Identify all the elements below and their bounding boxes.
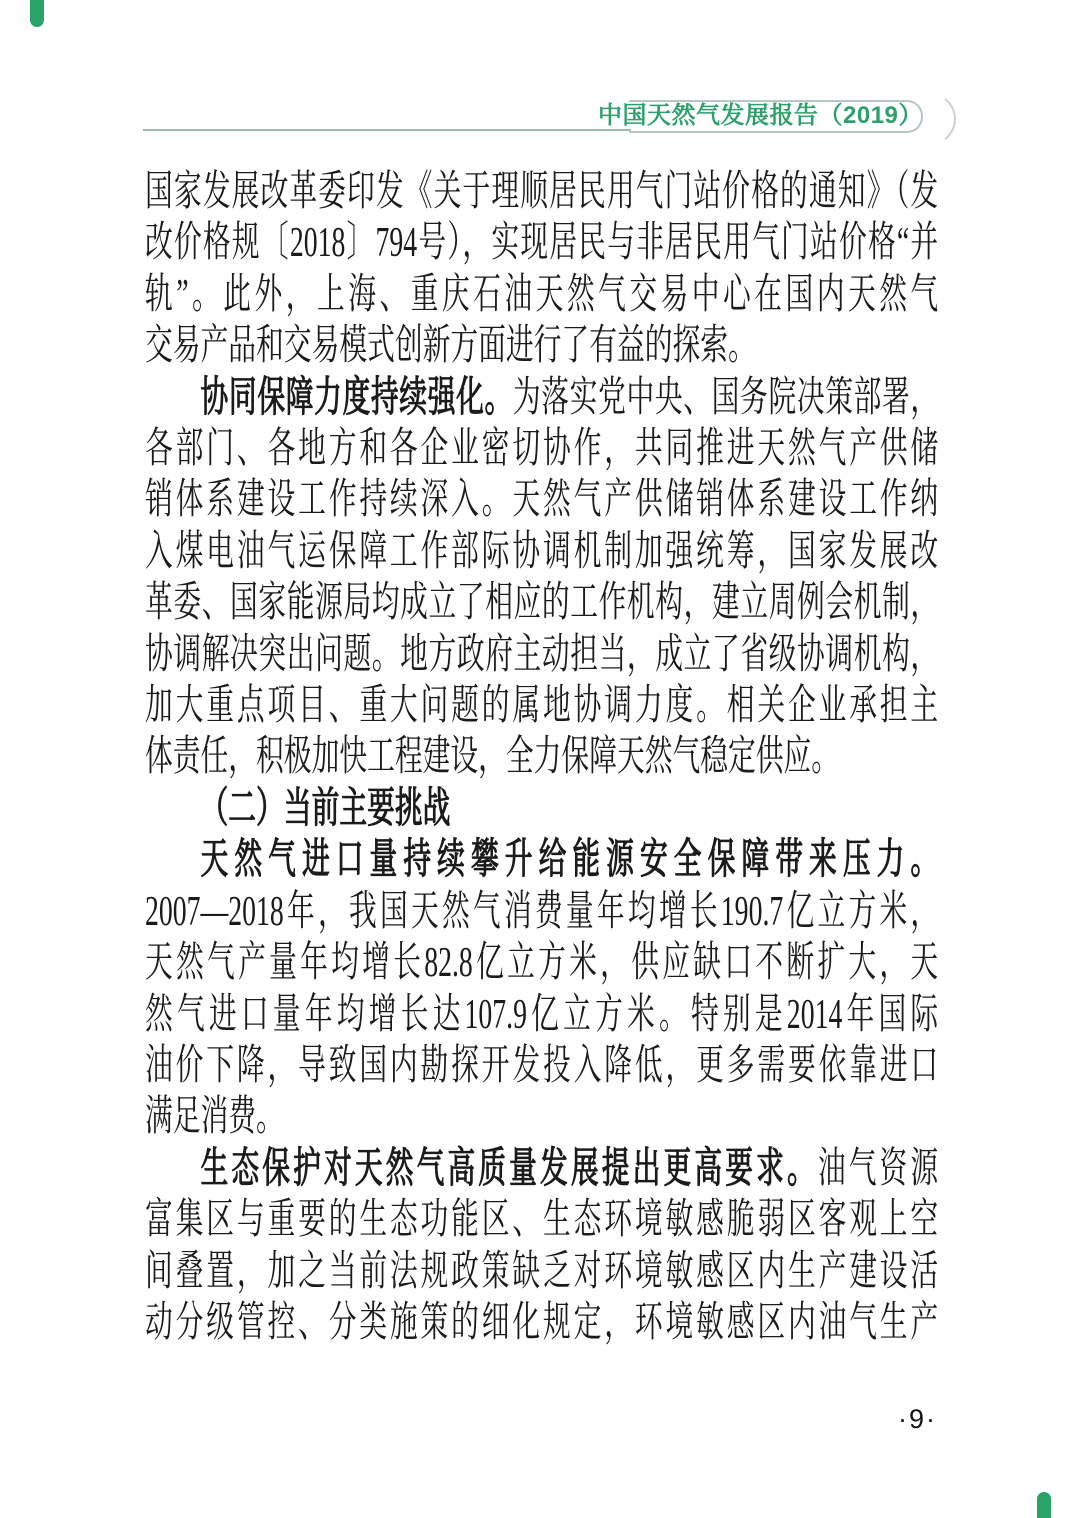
header-rule: [143, 129, 631, 131]
text-line: 动分级管控、分类施策的细化规定，环境敏感区内油气生产: [145, 1298, 938, 1349]
text-line: 加大重点项目、重大问题的属地协调力度。相关企业承担主: [145, 681, 938, 732]
text-line: 各部门、各地方和各企业密切协作，共同推进天然气产供储: [145, 424, 938, 475]
text-run: 富集区与重要的生态功能区、生态环境敏感脆弱区客观上空: [145, 1197, 938, 1243]
text-run: 动分级管控、分类施策的细化规定，环境敏感区内油气生产: [145, 1300, 938, 1346]
text-line: 轨”。此外，上海、重庆石油天然气交易中心在国内天然气: [145, 270, 938, 321]
text-line: 富集区与重要的生态功能区、生态环境敏感脆弱区客观上空: [145, 1195, 938, 1246]
text-run: 体责任，积极加快工程建设，全力保障天然气稳定供应。: [145, 734, 839, 780]
report-title: 中国天然气发展报告（2019）: [598, 103, 908, 129]
text-run: 油气资源: [818, 1146, 938, 1192]
text-run: 改价格规〔2018〕794号），实现居民与非居民用气门站价格“并: [145, 220, 938, 266]
text-run: 轨”。此外，上海、重庆石油天然气交易中心在国内天然气: [145, 272, 938, 318]
bold-run: 天然气进口量持续攀升给能源安全保障带来压力。: [201, 837, 939, 883]
text-run: 各部门、各地方和各企业密切协作，共同推进天然气产供储: [145, 426, 938, 472]
text-line: 生态保护对天然气高质量发展提出更高要求。油气资源: [145, 1144, 938, 1195]
text-run: 间叠置，加之当前法规政策缺乏对环境敏感区内生产建设活: [145, 1249, 938, 1295]
text-run: 满足消费。: [145, 1094, 284, 1140]
text-run: 入煤电油气运保障工作部际协调机制加强统筹，国家发展改: [145, 529, 938, 575]
text-run: 国家发展改革委印发《关于理顺居民用气门站价格的通知》（发: [145, 169, 938, 215]
text-line: 革委、国家能源局均成立了相应的工作机构，建立周例会机制，: [145, 578, 938, 629]
text-line: 天然气进口量持续攀升给能源安全保障带来压力。: [145, 835, 938, 886]
text-line: 改价格规〔2018〕794号），实现居民与非居民用气门站价格“并: [145, 218, 938, 269]
text-line: 然气进口量年均增长达107.9亿立方米。特别是2014年国际: [145, 990, 938, 1041]
text-run: 为落实党中央、国务院决策部署，: [513, 375, 938, 421]
text-run: 革委、国家能源局均成立了相应的工作机构，建立周例会机制，: [145, 580, 938, 626]
text-run: 销体系建设工作持续深入。天然气产供储销体系建设工作纳: [145, 477, 938, 523]
text-line: 天然气产量年均增长82.8亿立方米，供应缺口不断扩大，天: [145, 938, 938, 989]
text-line: 2007—2018年，我国天然气消费量年均增长190.7亿立方米，: [145, 887, 938, 938]
text-line: 协调解决突出问题。地方政府主动担当，成立了省级协调机构，: [145, 630, 938, 681]
text-run: 2007—2018年，我国天然气消费量年均增长190.7亿立方米，: [145, 889, 938, 935]
page-number: ·9·: [898, 1404, 937, 1435]
text-line: 满足消费。: [145, 1092, 938, 1143]
bold-run: 生态保护对天然气高质量发展提出更高要求。: [201, 1146, 818, 1192]
text-line: 协同保障力度持续强化。为落实党中央、国务院决策部署，: [145, 373, 938, 424]
bold-run: （二）当前主要挑战: [201, 786, 451, 832]
text-line: 入煤电油气运保障工作部际协调机制加强统筹，国家发展改: [145, 527, 938, 578]
corner-accent-top: [30, 0, 44, 27]
text-line: 交易产品和交易模式创新方面进行了有益的探索。: [145, 321, 938, 372]
bold-run: 协同保障力度持续强化。: [201, 375, 513, 421]
text-line: 国家发展改革委印发《关于理顺居民用气门站价格的通知》（发: [145, 167, 938, 218]
text-run: 天然气产量年均增长82.8亿立方米，供应缺口不断扩大，天: [145, 940, 938, 986]
text-line: 间叠置，加之当前法规政策缺乏对环境敏感区内生产建设活: [145, 1247, 938, 1298]
text-line: 销体系建设工作持续深入。天然气产供储销体系建设工作纳: [145, 475, 938, 526]
text-run: 加大重点项目、重大问题的属地协调力度。相关企业承担主: [145, 683, 938, 729]
text-line: 油价下降，导致国内勘探开发投入降低，更多需要依靠进口: [145, 1041, 938, 1092]
text-run: 交易产品和交易模式创新方面进行了有益的探索。: [145, 323, 756, 369]
body-text: 国家发展改革委印发《关于理顺居民用气门站价格的通知》（发改价格规〔2018〕79…: [145, 167, 938, 1349]
corner-accent-bottom: [1037, 1492, 1051, 1518]
text-line: 体责任，积极加快工程建设，全力保障天然气稳定供应。: [145, 732, 938, 783]
text-run: 然气进口量年均增长达107.9亿立方米。特别是2014年国际: [145, 992, 938, 1038]
text-run: 油价下降，导致国内勘探开发投入降低，更多需要依靠进口: [145, 1043, 938, 1089]
document-page: { "header": { "title": "中国天然气发展报告（2019）"…: [0, 0, 1080, 1518]
text-run: 协调解决突出问题。地方政府主动担当，成立了省级协调机构，: [145, 632, 938, 678]
text-line: （二）当前主要挑战: [145, 784, 938, 835]
